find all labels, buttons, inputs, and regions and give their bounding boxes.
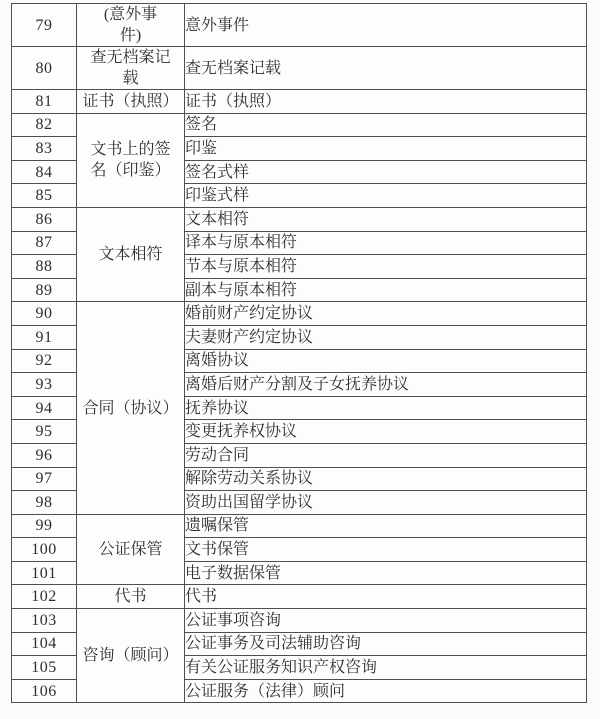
serial-number-cell: 92 [12, 349, 77, 373]
serial-number-cell: 89 [12, 278, 77, 302]
notary-items-table: 79(意外事 件)意外事件80查无档案记 载查无档案记载81证书（执照）证书（执… [11, 3, 587, 703]
serial-number-cell: 97 [12, 467, 77, 491]
item-name-cell: 婚前财产约定协议 [185, 302, 587, 326]
item-name-cell: 签名式样 [185, 160, 587, 184]
category-cell: 合同（协议） [77, 302, 185, 514]
serial-number-cell: 85 [12, 184, 77, 208]
serial-number-cell: 99 [12, 514, 77, 538]
serial-number-cell: 80 [12, 47, 77, 90]
serial-number-cell: 82 [12, 113, 77, 137]
serial-number-cell: 94 [12, 396, 77, 420]
category-cell: (意外事 件) [77, 4, 185, 47]
category-cell: 文书上的签 名（印鉴） [77, 113, 185, 207]
item-name-cell: 遗嘱保管 [185, 514, 587, 538]
serial-number-cell: 101 [12, 561, 77, 585]
item-name-cell: 变更抚养权协议 [185, 420, 587, 444]
item-name-cell: 夫妻财产约定协议 [185, 325, 587, 349]
serial-number-cell: 81 [12, 90, 77, 114]
table-row: 86文本相符文本相符 [12, 207, 587, 231]
item-name-cell: 劳动合同 [185, 443, 587, 467]
serial-number-cell: 103 [12, 609, 77, 633]
item-name-cell: 公证事项咨询 [185, 609, 587, 633]
table-row: 79(意外事 件)意外事件 [12, 4, 587, 47]
item-name-cell: 代书 [185, 585, 587, 609]
table-row: 82文书上的签 名（印鉴）签名 [12, 113, 587, 137]
item-name-cell: 印鉴 [185, 137, 587, 161]
item-name-cell: 节本与原本相符 [185, 255, 587, 279]
item-name-cell: 文本相符 [185, 207, 587, 231]
serial-number-cell: 106 [12, 679, 77, 703]
serial-number-cell: 95 [12, 420, 77, 444]
category-cell: 代书 [77, 585, 185, 609]
category-cell: 证书（执照） [77, 90, 185, 114]
item-name-cell: 签名 [185, 113, 587, 137]
item-name-cell: 意外事件 [185, 4, 587, 47]
serial-number-cell: 84 [12, 160, 77, 184]
category-cell: 公证保管 [77, 514, 185, 585]
table-row: 90合同（协议）婚前财产约定协议 [12, 302, 587, 326]
table-row: 81证书（执照）证书（执照） [12, 90, 587, 114]
table-row: 99公证保管遗嘱保管 [12, 514, 587, 538]
item-name-cell: 查无档案记载 [185, 47, 587, 90]
serial-number-cell: 96 [12, 443, 77, 467]
item-name-cell: 公证事务及司法辅助咨询 [185, 632, 587, 656]
item-name-cell: 印鉴式样 [185, 184, 587, 208]
item-name-cell: 离婚后财产分割及子女抚养协议 [185, 373, 587, 397]
serial-number-cell: 98 [12, 491, 77, 515]
category-cell: 咨询（顾问） [77, 609, 185, 703]
category-cell: 查无档案记 载 [77, 47, 185, 90]
item-name-cell: 抚养协议 [185, 396, 587, 420]
serial-number-cell: 88 [12, 255, 77, 279]
table-row: 103咨询（顾问）公证事项咨询 [12, 609, 587, 633]
item-name-cell: 译本与原本相符 [185, 231, 587, 255]
item-name-cell: 电子数据保管 [185, 561, 587, 585]
serial-number-cell: 86 [12, 207, 77, 231]
serial-number-cell: 102 [12, 585, 77, 609]
item-name-cell: 副本与原本相符 [185, 278, 587, 302]
serial-number-cell: 90 [12, 302, 77, 326]
item-name-cell: 公证服务（法律）顾问 [185, 679, 587, 703]
serial-number-cell: 100 [12, 538, 77, 562]
item-name-cell: 离婚协议 [185, 349, 587, 373]
serial-number-cell: 105 [12, 656, 77, 680]
item-name-cell: 文书保管 [185, 538, 587, 562]
item-name-cell: 资助出国留学协议 [185, 491, 587, 515]
serial-number-cell: 91 [12, 325, 77, 349]
serial-number-cell: 104 [12, 632, 77, 656]
category-cell: 文本相符 [77, 207, 185, 301]
serial-number-cell: 87 [12, 231, 77, 255]
table-body: 79(意外事 件)意外事件80查无档案记 载查无档案记载81证书（执照）证书（执… [12, 4, 587, 703]
item-name-cell: 证书（执照） [185, 90, 587, 114]
serial-number-cell: 79 [12, 4, 77, 47]
item-name-cell: 有关公证服务知识产权咨询 [185, 656, 587, 680]
scanned-document-page: 79(意外事 件)意外事件80查无档案记 载查无档案记载81证书（执照）证书（执… [0, 0, 600, 719]
table-row: 102代书代书 [12, 585, 587, 609]
table-row: 80查无档案记 载查无档案记载 [12, 47, 587, 90]
item-name-cell: 解除劳动关系协议 [185, 467, 587, 491]
serial-number-cell: 83 [12, 137, 77, 161]
serial-number-cell: 93 [12, 373, 77, 397]
